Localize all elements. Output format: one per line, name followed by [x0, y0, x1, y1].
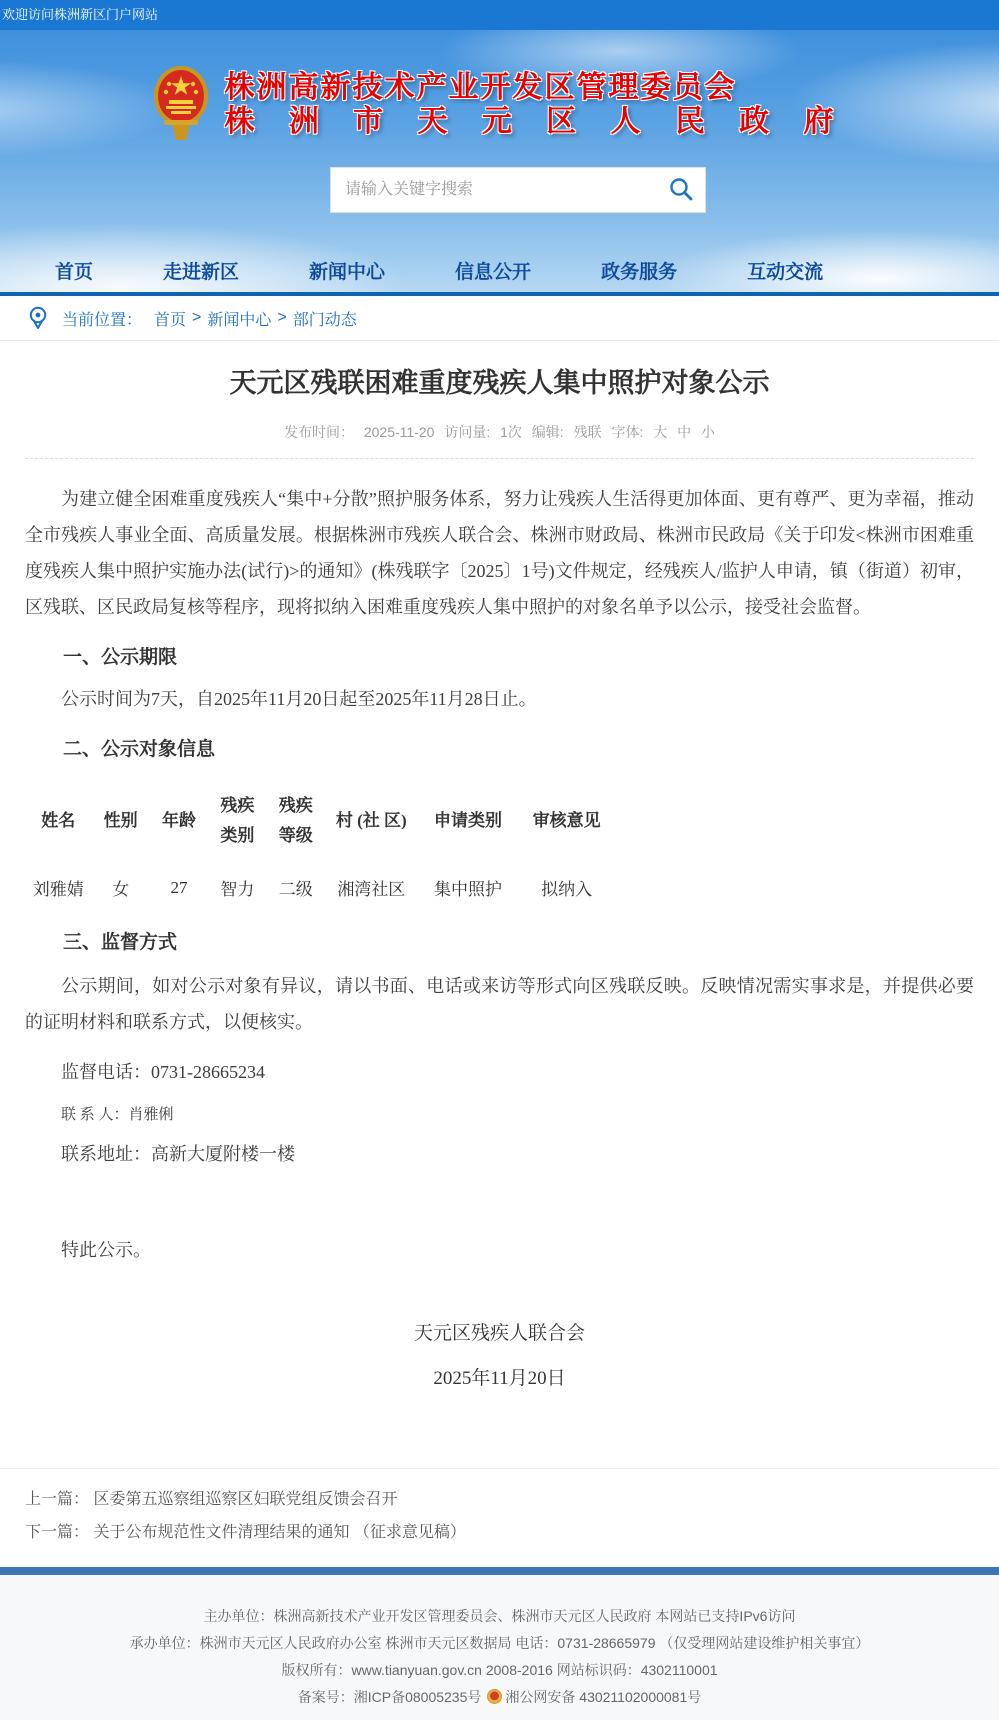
col-header-age: 年龄: [150, 781, 208, 861]
nav-item-news-center[interactable]: 新闻中心: [309, 257, 385, 284]
table-row: 刘雅婧 女 27 智力 二级 湘湾社区 集中照护 拟纳入: [25, 861, 615, 910]
brand-row: 株洲高新技术产业开发区管理委员会 株 洲 市 天 元 区 人 民 政 府: [0, 30, 999, 147]
contact-person-line: 联 系 人：肖雅俐: [25, 1100, 974, 1130]
nav-item-home[interactable]: 首页: [55, 257, 93, 284]
col-header-gender: 性别: [91, 781, 149, 861]
footer-undertake-line: 承办单位：株洲市天元区人民政府办公室 株洲市天元区数据局 电话：0731-286…: [0, 1630, 999, 1657]
public-security-badge-icon: [487, 1689, 502, 1704]
welcome-text: 欢迎访问株洲新区门户网站: [2, 7, 158, 22]
signature-date: 2025年11月20日: [25, 1363, 974, 1390]
site-header: 株洲高新技术产业开发区管理委员会 株 洲 市 天 元 区 人 民 政 府 首页 …: [0, 30, 999, 296]
prev-article-link[interactable]: 区委第五巡察组巡察区妇联党组反馈会召开: [93, 1491, 397, 1508]
breadcrumb-separator: >: [192, 309, 201, 327]
public-security-record-link[interactable]: 湘公网安备 43021102000081号: [505, 1689, 701, 1705]
breadcrumb-separator: >: [277, 309, 286, 327]
contact-address-line: 联系地址：高新大厦附楼一楼: [25, 1136, 974, 1172]
section1-heading: 一、公示期限: [25, 641, 974, 675]
next-article-label: 下一篇：: [25, 1524, 89, 1541]
signature-organization: 天元区残疾人联合会: [25, 1318, 974, 1345]
cell-name: 刘雅婧: [25, 861, 91, 910]
footer-record-line: 备案号：湘ICP备08005235号湘公网安备 43021102000081号: [0, 1684, 999, 1711]
col-header-disability-type: 残疾 类别: [208, 781, 266, 861]
location-pin-icon: [28, 306, 48, 330]
site-title-line2: 株 洲 市 天 元 区 人 民 政 府: [224, 105, 846, 139]
site-title-line1: 株洲高新技术产业开发区管理委员会: [224, 71, 846, 105]
national-emblem-icon: [152, 62, 210, 147]
col-header-review-opinion: 审核意见: [518, 781, 615, 861]
site-footer: 主办单位：株洲高新技术产业开发区管理委员会、株洲市天元区人民政府 本网站已支持I…: [0, 1575, 999, 1720]
next-article-link[interactable]: 关于公布规范性文件清理结果的通知 （征求意见稿）: [93, 1524, 465, 1541]
views-label: 访问量:: [444, 424, 490, 440]
prev-next-links: 上一篇： 区委第五巡察组巡察区妇联党组反馈会召开 下一篇： 关于公布规范性文件清…: [0, 1468, 999, 1567]
font-size-small-button[interactable]: 小: [701, 424, 715, 440]
font-size-medium-button[interactable]: 中: [677, 424, 691, 440]
search-icon: [668, 176, 694, 205]
breadcrumb-link-news-center[interactable]: 新闻中心: [207, 307, 271, 330]
col-header-apply-type: 申请类别: [418, 781, 519, 861]
article-bottom-spacer: [25, 1390, 974, 1468]
section3-heading: 三、监督方式: [25, 926, 974, 960]
site-title-block: 株洲高新技术产业开发区管理委员会 株 洲 市 天 元 区 人 民 政 府: [224, 71, 846, 139]
breadcrumb: 当前位置： 首页 > 新闻中心 > 部门动态: [0, 296, 999, 341]
search-input[interactable]: [331, 168, 657, 212]
article: 天元区残联困难重度残疾人集中照护对象公示 发布时间： 2025-11-20 访问…: [0, 341, 999, 1468]
cell-gender: 女: [91, 861, 149, 910]
cell-age: 27: [150, 861, 208, 910]
cell-review-opinion: 拟纳入: [518, 861, 615, 910]
search-button[interactable]: [657, 168, 705, 212]
nav-item-info-disclosure[interactable]: 信息公开: [455, 257, 531, 284]
footer-accent-bar: [0, 1567, 999, 1575]
footer-host-line: 主办单位：株洲高新技术产业开发区管理委员会、株洲市天元区人民政府 本网站已支持I…: [0, 1603, 999, 1630]
publish-time-value: 2025-11-20: [364, 424, 435, 440]
next-article-row: 下一篇： 关于公布规范性文件清理结果的通知 （征求意见稿）: [25, 1516, 974, 1549]
search-box: [330, 167, 706, 213]
font-size-label: 字体:: [611, 424, 643, 440]
editor-label: 编辑:: [532, 424, 564, 440]
footer-copyright-line: 版权所有：www.tianyuan.gov.cn 2008-2016 网站标识码…: [0, 1657, 999, 1684]
prev-article-row: 上一篇： 区委第五巡察组巡察区妇联党组反馈会召开: [25, 1483, 974, 1516]
nav-item-interaction[interactable]: 互动交流: [747, 257, 823, 284]
section2-heading: 二、公示对象信息: [25, 733, 974, 767]
font-size-large-button[interactable]: 大: [653, 424, 667, 440]
prev-article-label: 上一篇：: [25, 1491, 89, 1508]
article-meta: 发布时间： 2025-11-20 访问量: 1次 编辑: 残联 字体: 大 中 …: [25, 422, 974, 442]
article-paragraph-intro: 为建立健全困难重度残疾人“集中+分散”照护服务体系，努力让残疾人生活得更加体面、…: [25, 481, 974, 625]
col-header-disability-level: 残疾 等级: [267, 781, 325, 861]
views-value: 1次: [500, 424, 522, 440]
cell-village: 湘湾社区: [325, 861, 418, 910]
nav-item-gov-services[interactable]: 政务服务: [601, 257, 677, 284]
editor-value: 残联: [574, 424, 602, 440]
signature-block: 天元区残疾人联合会 2025年11月20日: [25, 1318, 974, 1390]
closing-statement: 特此公示。: [25, 1236, 974, 1262]
publish-time-label: 发布时间：: [284, 424, 354, 440]
article-title: 天元区残联困难重度残疾人集中照护对象公示: [25, 361, 974, 400]
main-nav: 首页 走进新区 新闻中心 信息公开 政务服务 互动交流: [0, 248, 999, 292]
publicity-objects-table: 姓名 性别 年龄 残疾 类别 残疾 等级 村 (社 区) 申请类别 审核意见 刘…: [25, 781, 615, 910]
table-header-row: 姓名 性别 年龄 残疾 类别 残疾 等级 村 (社 区) 申请类别 审核意见: [25, 781, 615, 861]
section1-body: 公示时间为7天，自2025年11月20日起至2025年11月28日止。: [25, 681, 974, 717]
dashed-divider: [25, 458, 974, 459]
top-welcome-bar: 欢迎访问株洲新区门户网站: [0, 0, 999, 30]
section3-body: 公示期间，如对公示对象有异议，请以书面、电话或来访等形式向区残联反映。反映情况需…: [25, 968, 974, 1040]
breadcrumb-link-dept-news[interactable]: 部门动态: [293, 307, 357, 330]
icp-record-link[interactable]: 备案号：湘ICP备08005235号: [298, 1689, 482, 1705]
cell-disability-level: 二级: [267, 861, 325, 910]
nav-item-about-district[interactable]: 走进新区: [163, 257, 239, 284]
breadcrumb-label: 当前位置：: [62, 307, 142, 330]
cell-disability-type: 智力: [208, 861, 266, 910]
cell-apply-type: 集中照护: [418, 861, 519, 910]
col-header-name: 姓名: [25, 781, 91, 861]
breadcrumb-link-home[interactable]: 首页: [154, 307, 186, 330]
supervision-phone-line: 监督电话：0731-28665234: [25, 1054, 974, 1090]
col-header-village: 村 (社 区): [325, 781, 418, 861]
